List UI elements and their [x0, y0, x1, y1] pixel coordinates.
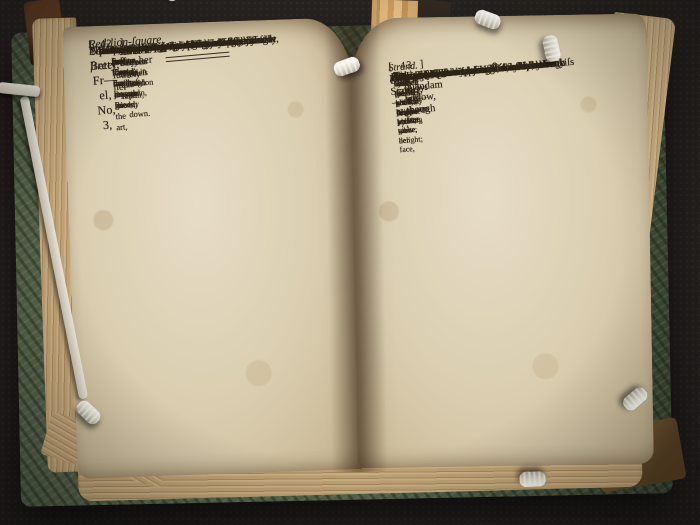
weight-bead [162, 0, 191, 1]
book-photo: [ 42 ] To Sally, if you once attend, You… [0, 0, 700, 525]
weight-bead [163, 0, 192, 3]
weight-bead [162, 0, 191, 1]
weight-bead [163, 0, 192, 3]
weight-bead [162, 0, 191, 1]
book-gutter [324, 26, 388, 473]
weight-bead [519, 472, 546, 487]
printer-ornament-icon [486, 62, 487, 73]
weight-bead [163, 0, 192, 3]
weight-bead [163, 0, 192, 3]
